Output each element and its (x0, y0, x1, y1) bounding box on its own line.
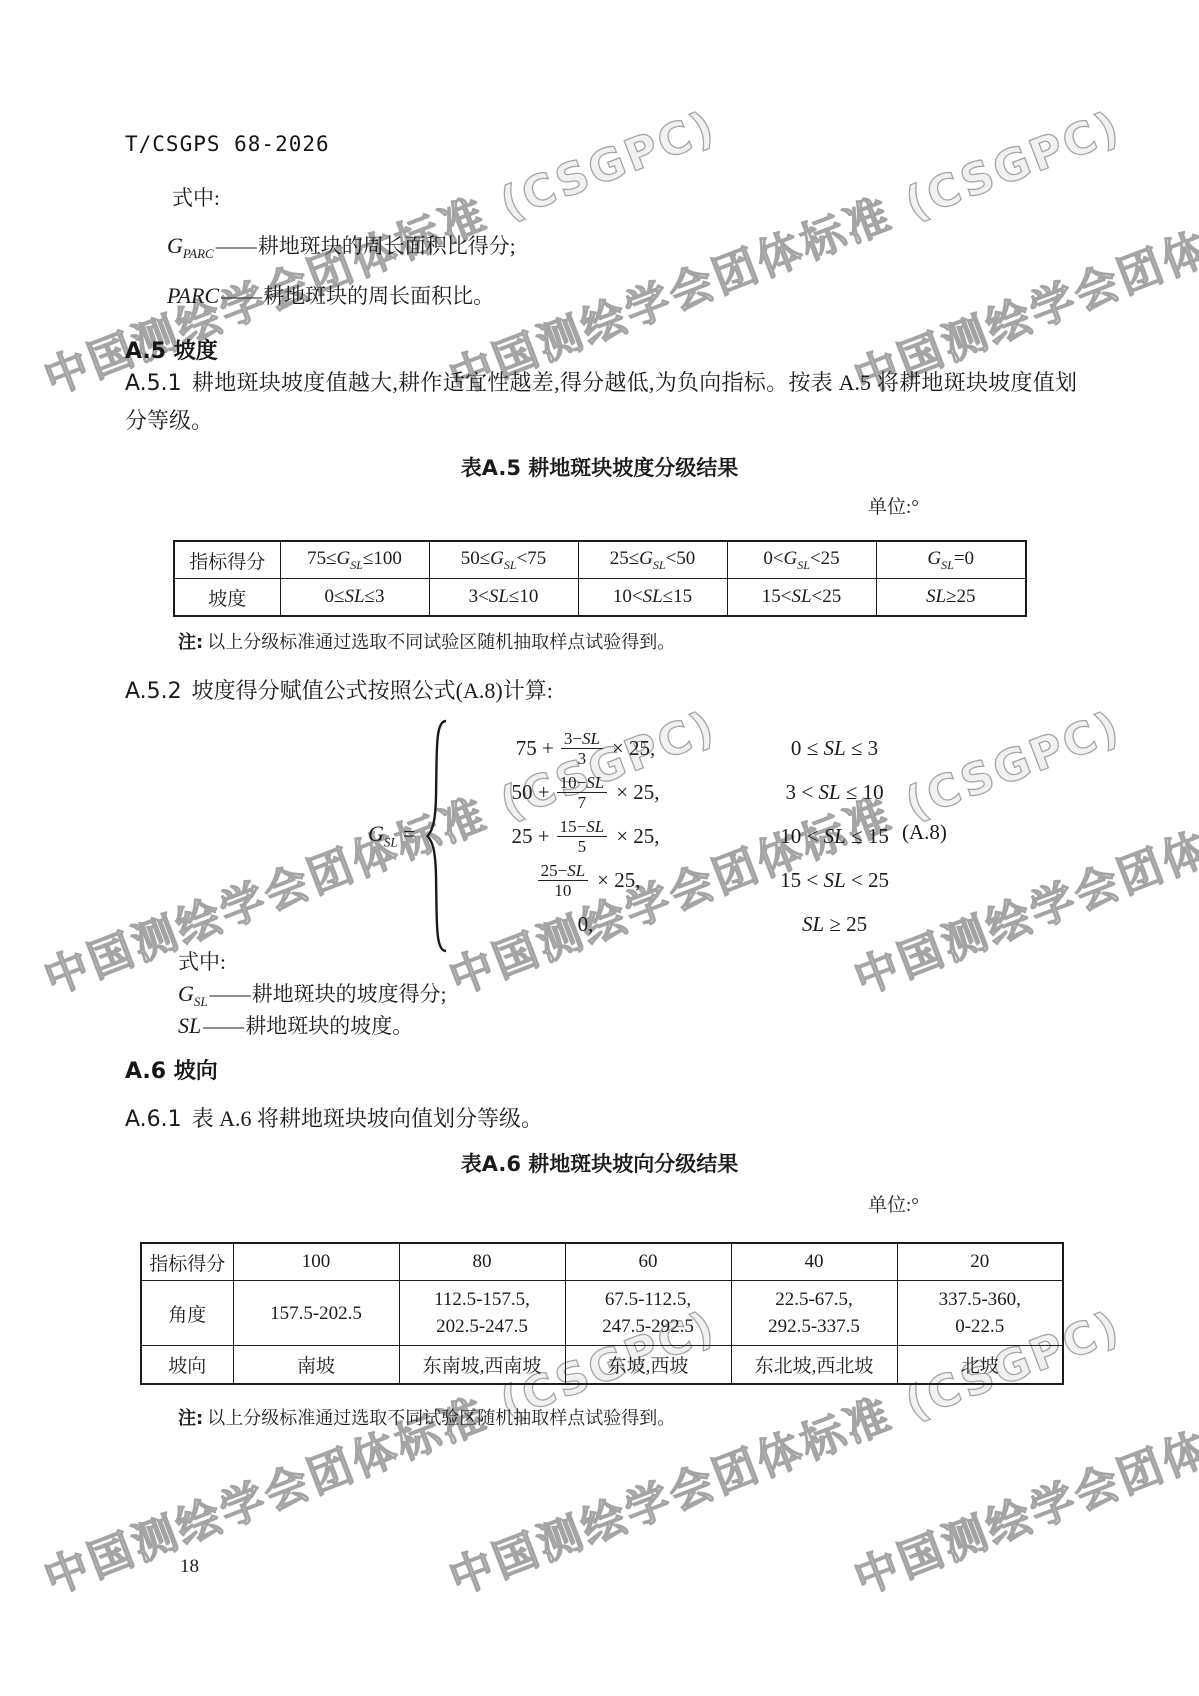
doc-code: T/CSGPS 68-2026 (125, 132, 330, 156)
cell: 东北坡,西北坡 (731, 1346, 897, 1385)
cell: 80 (399, 1243, 565, 1281)
para-a61: A.6.1表 A.6 将耕地斑块坡向值划分等级。 (125, 1100, 1077, 1138)
table-row: 指标得分 75≤GSL≤100 50≤GSL<75 25≤GSL<50 0<GS… (174, 541, 1026, 579)
formula-lhs: GSL = (368, 821, 416, 850)
formula-case-2: 50 +10−SL7× 25, 3 < SL ≤ 10 (460, 770, 942, 814)
cell: 112.5-157.5,202.5-247.5 (399, 1281, 565, 1346)
formula-intro-sl: 式中: (178, 946, 226, 976)
note-text: 以上分级标准通过选取不同试验区随机抽取样点试验得到。 (207, 1408, 675, 1428)
clause-label: A.5.2 (125, 679, 182, 704)
table-row: 角度 157.5-202.5 112.5-157.5,202.5-247.5 6… (141, 1281, 1063, 1346)
def-parc: PARC——耕地斑块的周长面积比。 (167, 280, 494, 310)
cell: 0<GSL<25 (727, 541, 876, 579)
formula-intro-parc: 式中: (172, 182, 220, 212)
def-sl: SL——耕地斑块的坡度。 (178, 1010, 413, 1040)
def-g-sl: GSL——耕地斑块的坡度得分; (178, 978, 446, 1010)
note-label: 注: (178, 632, 203, 653)
formula-case-4: 25−SL10× 25, 15 < SL < 25 (460, 858, 942, 902)
cell: 东坡,西坡 (565, 1346, 731, 1385)
watermark: 中国测绘学会团体标准 (CSGPC) (844, 91, 1199, 407)
watermark: 中国测绘学会团体标准 (CSGPC) (439, 91, 1129, 407)
var-g: G (178, 981, 194, 1006)
dash: —— (214, 234, 258, 258)
cell: 3<SL≤10 (429, 579, 578, 617)
table-a6: 指标得分 100 80 60 40 20 角度 157.5-202.5 112.… (140, 1242, 1064, 1385)
row-label: 角度 (141, 1281, 233, 1346)
note-label: 注: (178, 1408, 203, 1429)
def-text: 耕地斑块的周长面积比得分; (258, 234, 516, 258)
formula-case-3: 25 +15−SL5× 25, 10 < SL ≤ 15 (460, 814, 942, 858)
def-g-parc: GPARC——耕地斑块的周长面积比得分; (167, 230, 516, 262)
formula-case-1: 75 +3−SL3× 25, 0 ≤ SL ≤ 3 (460, 726, 942, 770)
left-brace-glyph (424, 718, 450, 954)
note-a5: 注:以上分级标准通过选取不同试验区随机抽取样点试验得到。 (178, 628, 675, 654)
section-a5-heading: A.5 坡度 (125, 334, 218, 365)
dash: —— (219, 284, 263, 308)
var-sub: PARC (183, 246, 214, 261)
cell: 南坡 (233, 1346, 399, 1385)
para-a52: A.5.2坡度得分赋值公式按照公式(A.8)计算: (125, 672, 1077, 710)
page-number: 18 (180, 1556, 199, 1578)
clause-text: 坡度得分赋值公式按照公式(A.8)计算: (192, 678, 553, 703)
var-sl: SL (178, 1013, 201, 1038)
cell: 60 (565, 1243, 731, 1281)
formula-number: (A.8) (902, 820, 947, 845)
document-page: 中国测绘学会团体标准 (CSGPC) 中国测绘学会团体标准 (CSGPC) 中国… (0, 0, 1199, 1696)
table-a6-caption: 表A.6 耕地斑块坡向分级结果 (0, 1148, 1199, 1178)
row-label: 坡度 (174, 579, 280, 617)
cell: 40 (731, 1243, 897, 1281)
cell: 67.5-112.5,247.5-292.5 (565, 1281, 731, 1346)
def-text: 耕地斑块的坡度得分; (252, 982, 447, 1006)
cell: 东南坡,西南坡 (399, 1346, 565, 1385)
formula-case-5: 0, SL ≥ 25 (460, 902, 942, 946)
cell: 100 (233, 1243, 399, 1281)
clause-label: A.6.1 (125, 1107, 182, 1132)
clause-label: A.5.1 (125, 371, 182, 396)
formula-a8: GSL = 75 +3−SL3× 25, 0 ≤ SL ≤ 3 50 +10−S… (368, 718, 942, 954)
note-a6: 注:以上分级标准通过选取不同试验区随机抽取样点试验得到。 (178, 1404, 675, 1430)
note-text: 以上分级标准通过选取不同试验区随机抽取样点试验得到。 (207, 632, 675, 652)
cell: 北坡 (897, 1346, 1063, 1385)
def-text: 耕地斑块的坡度。 (245, 1014, 413, 1038)
cell: 15<SL<25 (727, 579, 876, 617)
table-a5-unit: 单位:° (868, 492, 919, 519)
table-row: 指标得分 100 80 60 40 20 (141, 1243, 1063, 1281)
row-label: 指标得分 (174, 541, 280, 579)
table-a6-unit: 单位:° (868, 1190, 919, 1217)
table-a5-caption: 表A.5 耕地斑块坡度分级结果 (0, 452, 1199, 482)
cell: 20 (897, 1243, 1063, 1281)
row-label: 指标得分 (141, 1243, 233, 1281)
dash: —— (201, 1014, 245, 1038)
cell: 0≤SL≤3 (280, 579, 429, 617)
cell: 75≤GSL≤100 (280, 541, 429, 579)
table-row: 坡向 南坡 东南坡,西南坡 东坡,西坡 东北坡,西北坡 北坡 (141, 1346, 1063, 1385)
cell: 337.5-360,0-22.5 (897, 1281, 1063, 1346)
dash: —— (208, 982, 252, 1006)
clause-text: 表 A.6 将耕地斑块坡向值划分等级。 (192, 1106, 543, 1131)
table-row: 坡度 0≤SL≤3 3<SL≤10 10<SL≤15 15<SL<25 SL≥2… (174, 579, 1026, 617)
var-sub: SL (194, 994, 208, 1009)
clause-text: 耕地斑块坡度值越大,耕作适宜性越差,得分越低,为负向指标。按表 A.5 将耕地斑… (125, 370, 1077, 433)
def-text: 耕地斑块的周长面积比。 (263, 284, 494, 308)
section-a6-heading: A.6 坡向 (125, 1054, 218, 1085)
var-parc: PARC (167, 283, 219, 308)
cell: 50≤GSL<75 (429, 541, 578, 579)
row-label: 坡向 (141, 1346, 233, 1385)
cell: SL≥25 (876, 579, 1026, 617)
para-a51: A.5.1耕地斑块坡度值越大,耕作适宜性越差,得分越低,为负向指标。按表 A.5… (125, 364, 1077, 439)
cell: 10<SL≤15 (578, 579, 727, 617)
cell: 25≤GSL<50 (578, 541, 727, 579)
cell: 157.5-202.5 (233, 1281, 399, 1346)
formula-cases: 75 +3−SL3× 25, 0 ≤ SL ≤ 3 50 +10−SL7× 25… (460, 726, 942, 946)
cell: GSL=0 (876, 541, 1026, 579)
table-a5: 指标得分 75≤GSL≤100 50≤GSL<75 25≤GSL<50 0<GS… (173, 540, 1027, 617)
var-g: G (167, 233, 183, 258)
cell: 22.5-67.5,292.5-337.5 (731, 1281, 897, 1346)
